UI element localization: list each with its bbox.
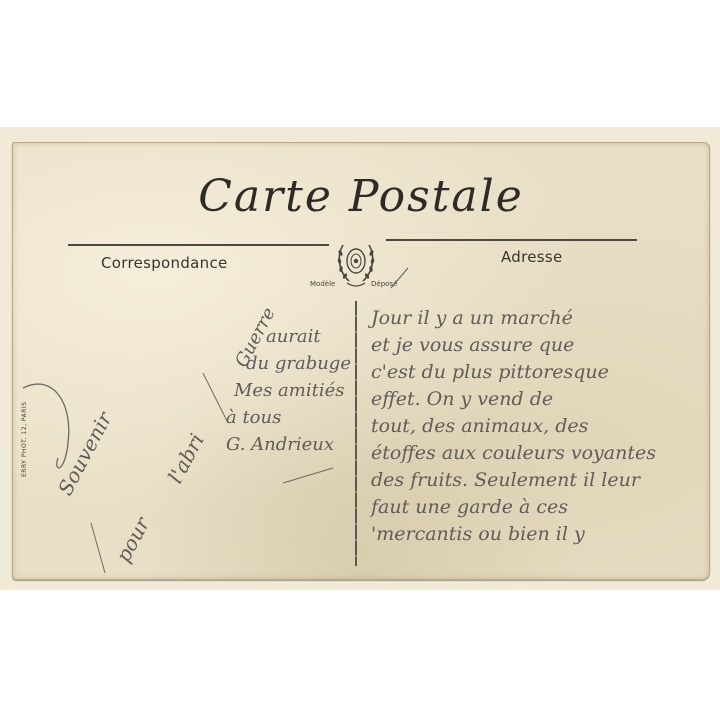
postcard: Carte Postale Correspondance Adresse Mod…: [12, 142, 710, 580]
pencil-stroke-decoration: [13, 143, 709, 579]
